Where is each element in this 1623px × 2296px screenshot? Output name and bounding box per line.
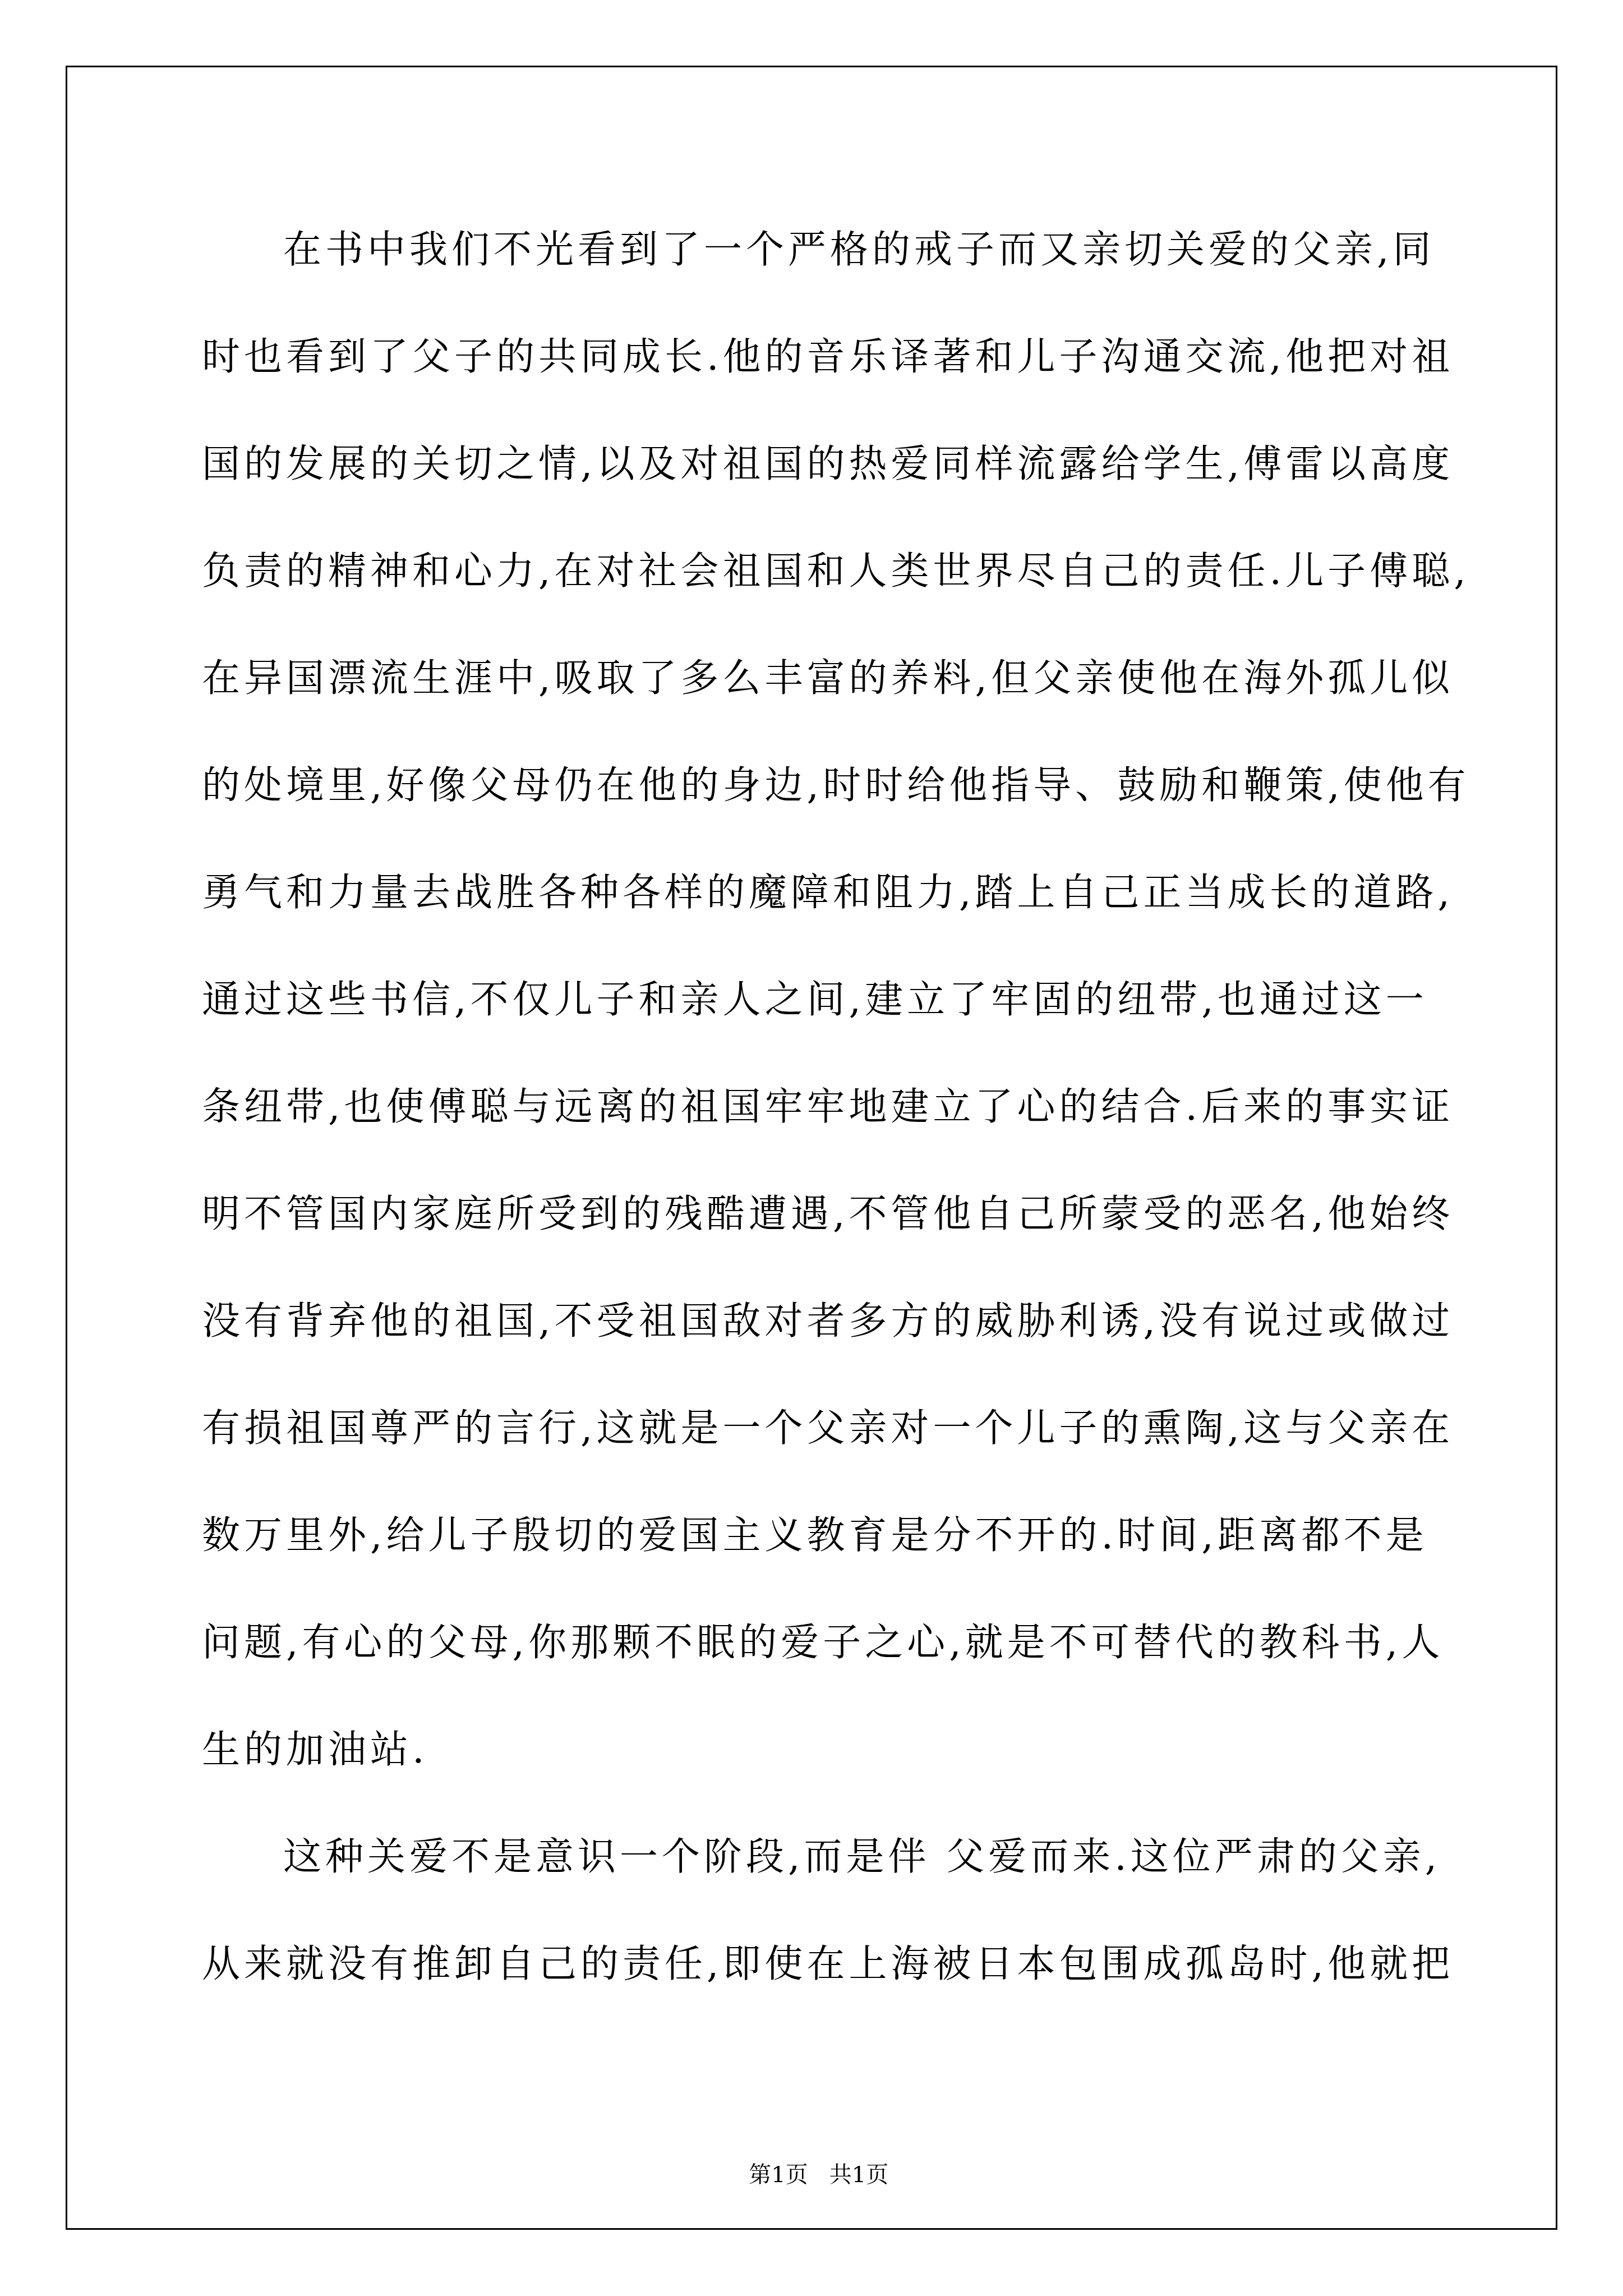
text-line: 时也看到了父子的共同成长.他的音乐译著和儿子沟通交流,他把对祖 xyxy=(202,303,1436,411)
text-line: 数万里外,给儿子殷切的爱国主义教育是分不开的.时间,距离都不是 xyxy=(202,1482,1436,1589)
text-line: 在书中我们不光看到了一个严格的戒子而又亲切关爱的父亲,同 xyxy=(202,196,1436,303)
text-line: 没有背弃他的祖国,不受祖国敌对者多方的威胁利诱,没有说过或做过 xyxy=(202,1268,1436,1375)
paragraph-1: 在书中我们不光看到了一个严格的戒子而又亲切关爱的父亲,同 时也看到了父子的共同成… xyxy=(202,196,1436,1803)
text-line: 这种关爱不是意识一个阶段,而是伴 父爱而来.这位严肃的父亲, xyxy=(202,1803,1436,1911)
text-line: 通过这些书信,不仅儿子和亲人之间,建立了牢固的纽带,也通过这一 xyxy=(202,946,1436,1053)
text-line: 生的加油站. xyxy=(202,1696,1436,1803)
text-line: 勇气和力量去战胜各种各样的魔障和阻力,踏上自己正当成长的道路, xyxy=(202,839,1436,946)
text-line: 问题,有心的父母,你那颗不眠的爱子之心,就是不可替代的教科书,人 xyxy=(202,1589,1436,1696)
paragraph-2: 这种关爱不是意识一个阶段,而是伴 父爱而来.这位严肃的父亲, 从来就没有推卸自己… xyxy=(202,1803,1436,2018)
text-line: 条纽带,也使傅聪与远离的祖国牢牢地建立了心的结合.后来的事实证 xyxy=(202,1053,1436,1161)
text-line: 国的发展的关切之情,以及对祖国的热爱同样流露给学生,傅雷以高度 xyxy=(202,411,1436,518)
text-line: 的处境里,好像父母仍在他的身边,时时给他指导、鼓励和鞭策,使他有 xyxy=(202,732,1436,839)
text-line: 在异国漂流生涯中,吸取了多么丰富的养料,但父亲使他在海外孤儿似 xyxy=(202,625,1436,732)
text-line: 明不管国内家庭所受到的残酷遭遇,不管他自己所蒙受的恶名,他始终 xyxy=(202,1161,1436,1268)
document-body: 在书中我们不光看到了一个严格的戒子而又亲切关爱的父亲,同 时也看到了父子的共同成… xyxy=(202,196,1436,2018)
text-line: 负责的精神和心力,在对社会祖国和人类世界尽自己的责任.儿子傅聪, xyxy=(202,518,1436,625)
text-line: 有损祖国尊严的言行,这就是一个父亲对一个儿子的熏陶,这与父亲在 xyxy=(202,1375,1436,1482)
page-footer: 第1页 共1页 xyxy=(0,2129,1623,2190)
page-number-indicator: 第1页 共1页 xyxy=(749,2162,888,2188)
text-line: 从来就没有推卸自己的责任,即使在上海被日本包围成孤岛时,他就把 xyxy=(202,1911,1436,2018)
